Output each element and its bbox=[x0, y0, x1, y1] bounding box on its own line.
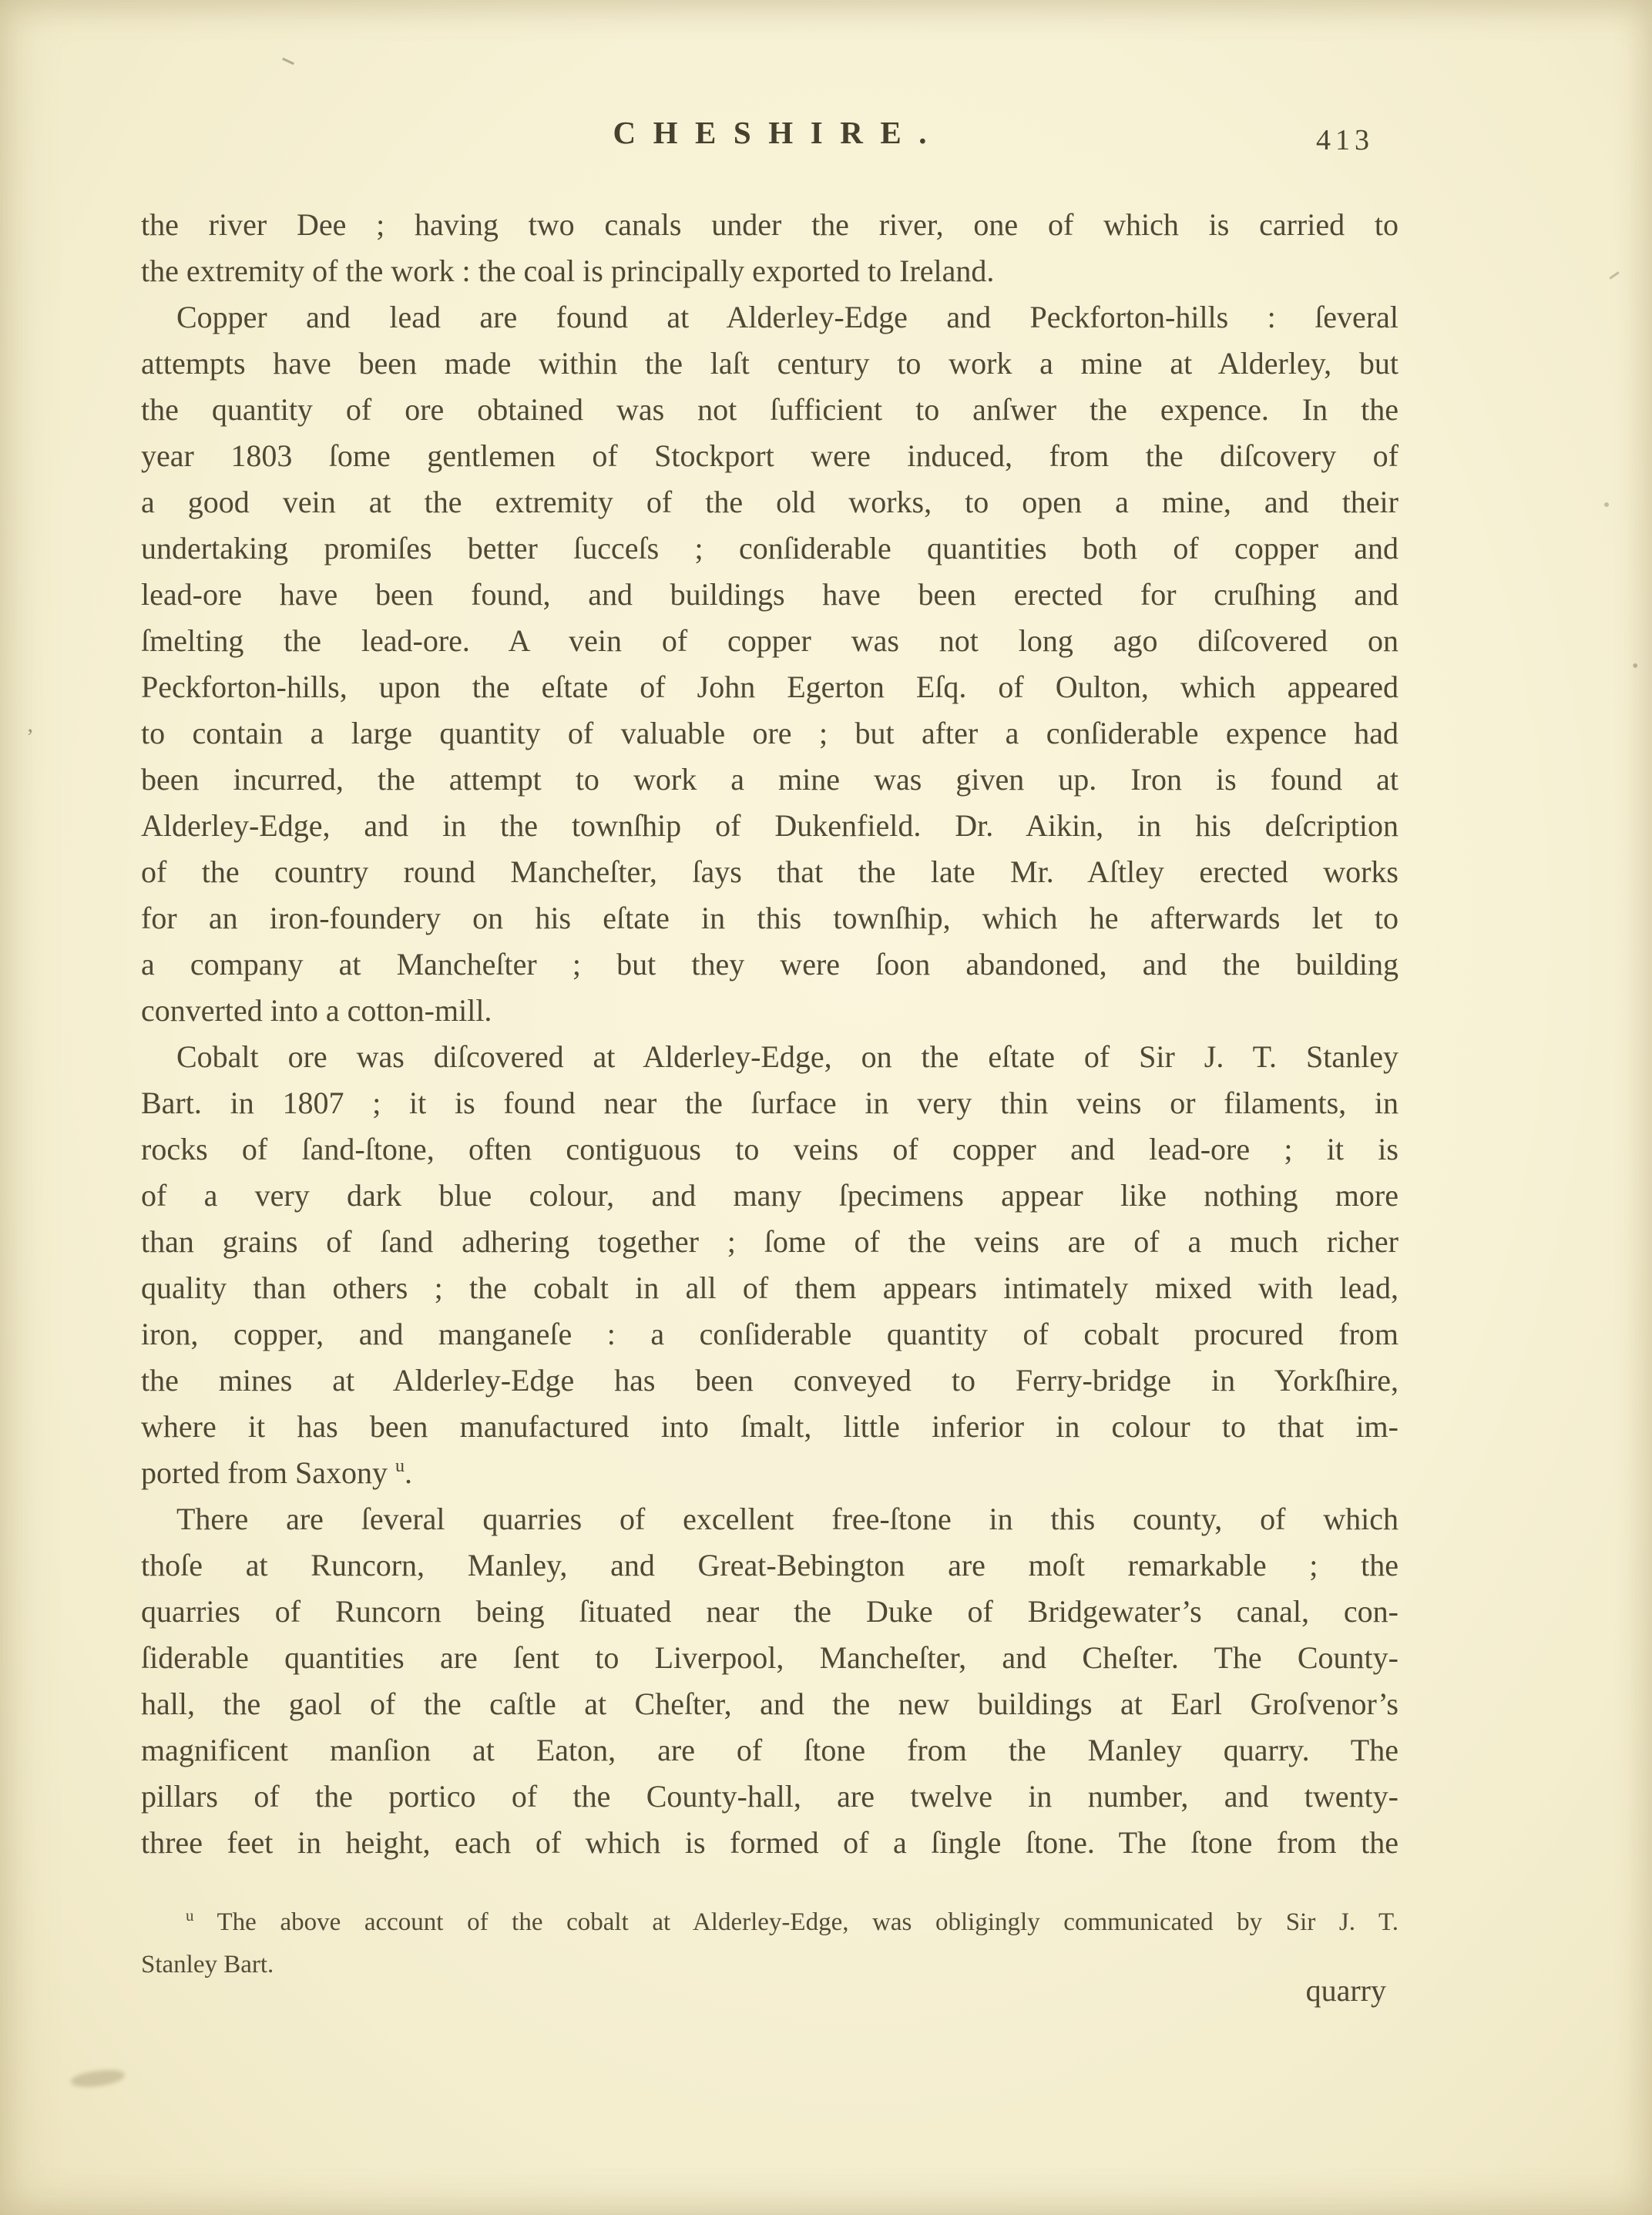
body-line: There are ſeveral quarries of excellent … bbox=[141, 1496, 1398, 1542]
body-line: ſmelting the lead-ore. A vein of copper … bbox=[141, 618, 1398, 664]
body-line: of the country round Mancheſter, ſays th… bbox=[141, 849, 1398, 895]
body-line: of a very dark blue colour, and many ſpe… bbox=[141, 1173, 1398, 1219]
body-line: year 1803 ſome gentlemen of Stockport we… bbox=[141, 433, 1398, 479]
body-line: a good vein at the extremity of the old … bbox=[141, 479, 1398, 525]
footnote-marker: u bbox=[186, 1906, 194, 1925]
catchword: quarry bbox=[1306, 1973, 1386, 2008]
body-line: Peckforton-hills, upon the eſtate of Joh… bbox=[141, 664, 1398, 710]
scan-speck: • bbox=[1632, 656, 1638, 677]
body-line: a company at Mancheſter ; but they were … bbox=[141, 941, 1398, 988]
body-line: than grains of ſand adhering together ; … bbox=[141, 1219, 1398, 1265]
body-line: attempts have been made within the laſt … bbox=[141, 341, 1398, 387]
scan-speck bbox=[1609, 271, 1619, 279]
scan-speck bbox=[282, 58, 294, 65]
body-line: Cobalt ore was diſcovered at Alderley-Ed… bbox=[141, 1034, 1398, 1080]
body-line: iron, copper, and manganeſe : a conſider… bbox=[141, 1311, 1398, 1358]
body-line: quarries of Runcorn being ſituated near … bbox=[141, 1589, 1398, 1635]
body-line: hall, the gaol of the caſtle at Cheſter,… bbox=[141, 1681, 1398, 1727]
body-line: for an iron-foundery on his eſtate in th… bbox=[141, 895, 1398, 941]
body-line-text: ported from Saxony bbox=[141, 1455, 395, 1490]
page-number: 413 bbox=[1316, 123, 1374, 157]
body-line: undertaking promiſes better ſucceſs ; co… bbox=[141, 525, 1398, 572]
body-line: the river Dee ; having two canals under … bbox=[141, 202, 1398, 248]
body-line: to contain a large quantity of valuable … bbox=[141, 710, 1398, 757]
body-line: thoſe at Runcorn, Manley, and Great-Bebi… bbox=[141, 1542, 1398, 1589]
body-line: Copper and lead are found at Alderley-Ed… bbox=[141, 294, 1398, 341]
footnote-marker: u bbox=[395, 1456, 405, 1476]
body-line: been incurred, the attempt to work a min… bbox=[141, 757, 1398, 803]
page-title: CHESHIRE. bbox=[141, 114, 1398, 151]
body-line: ported from Saxony u. bbox=[141, 1450, 1398, 1496]
body-line: Alderley-Edge, and in the townſhip of Du… bbox=[141, 803, 1398, 849]
scan-speck: ’ bbox=[26, 724, 34, 750]
body-line: where it has been manufactured into ſmal… bbox=[141, 1404, 1398, 1450]
scan-speck bbox=[1604, 502, 1609, 507]
body-line: lead-ore have been found, and buildings … bbox=[141, 572, 1398, 618]
footnote-line: u The above account of the cobalt at Ald… bbox=[141, 1901, 1398, 1944]
body-line: three feet in height, each of which is f… bbox=[141, 1820, 1398, 1866]
body-line: the mines at Alderley-Edge has been conv… bbox=[141, 1358, 1398, 1404]
body-line: the quantity of ore obtained was not ſuf… bbox=[141, 387, 1398, 433]
book-page: CHESHIRE. 413 the river Dee ; having two… bbox=[0, 0, 1652, 2215]
body-line: pillars of the portico of the County-hal… bbox=[141, 1774, 1398, 1820]
scan-speck bbox=[70, 2068, 126, 2089]
body-line: converted into a cotton-mill. bbox=[141, 988, 1398, 1034]
body-line: the extremity of the work : the coal is … bbox=[141, 248, 1398, 294]
footnote-text: The above account of the cobalt at Alder… bbox=[194, 1908, 1399, 1936]
body-line: quality than others ; the cobalt in all … bbox=[141, 1265, 1398, 1311]
body-line: Bart. in 1807 ; it is found near the ſur… bbox=[141, 1080, 1398, 1126]
catchword-row: quarry bbox=[141, 1972, 1386, 2009]
body-text: the river Dee ; having two canals under … bbox=[141, 202, 1398, 1866]
body-line: rocks of ſand-ſtone, often contiguous to… bbox=[141, 1126, 1398, 1173]
body-line-text: . bbox=[405, 1455, 412, 1490]
body-line: magnificent manſion at Eaton, are of ſto… bbox=[141, 1727, 1398, 1774]
body-line: ſiderable quantities are ſent to Liverpo… bbox=[141, 1635, 1398, 1681]
